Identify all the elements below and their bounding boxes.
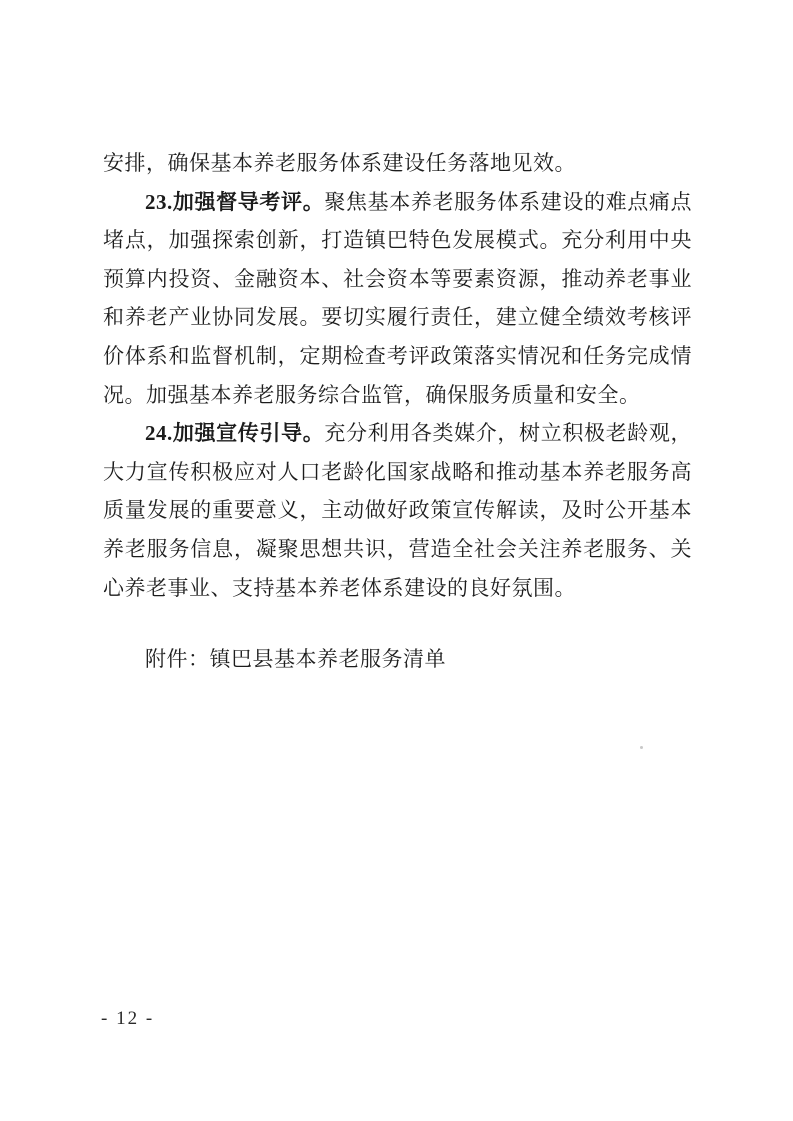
scan-artifact-speck <box>640 746 643 749</box>
document-page: 安排，确保基本养老服务体系建设任务落地见效。 23.加强督导考评。聚焦基本养老服… <box>0 0 793 1121</box>
paragraph-continuation: 安排，确保基本养老服务体系建设任务落地见效。 <box>103 144 692 183</box>
paragraph-23: 23.加强督导考评。聚焦基本养老服务体系建设的难点痛点堵点，加强探索创新，打造镇… <box>103 183 692 415</box>
paragraph-24-body: 充分利用各类媒介，树立积极老龄观，大力宣传积极应对人口老龄化国家战略和推动基本养… <box>103 421 692 599</box>
paragraph-23-body: 聚焦基本养老服务体系建设的难点痛点堵点，加强探索创新，打造镇巴特色发展模式。充分… <box>103 190 692 407</box>
document-body: 安排，确保基本养老服务体系建设任务落地见效。 23.加强督导考评。聚焦基本养老服… <box>103 144 692 679</box>
page-number: - 12 - <box>101 1008 154 1030</box>
paragraph-24: 24.加强宣传引导。充分利用各类媒介，树立积极老龄观，大力宣传积极应对人口老龄化… <box>103 414 692 607</box>
paragraph-24-heading: 24.加强宣传引导。 <box>145 421 324 445</box>
paragraph-23-heading: 23.加强督导考评。 <box>145 190 324 214</box>
attachment-note: 附件：镇巴县基本养老服务清单 <box>103 640 692 679</box>
